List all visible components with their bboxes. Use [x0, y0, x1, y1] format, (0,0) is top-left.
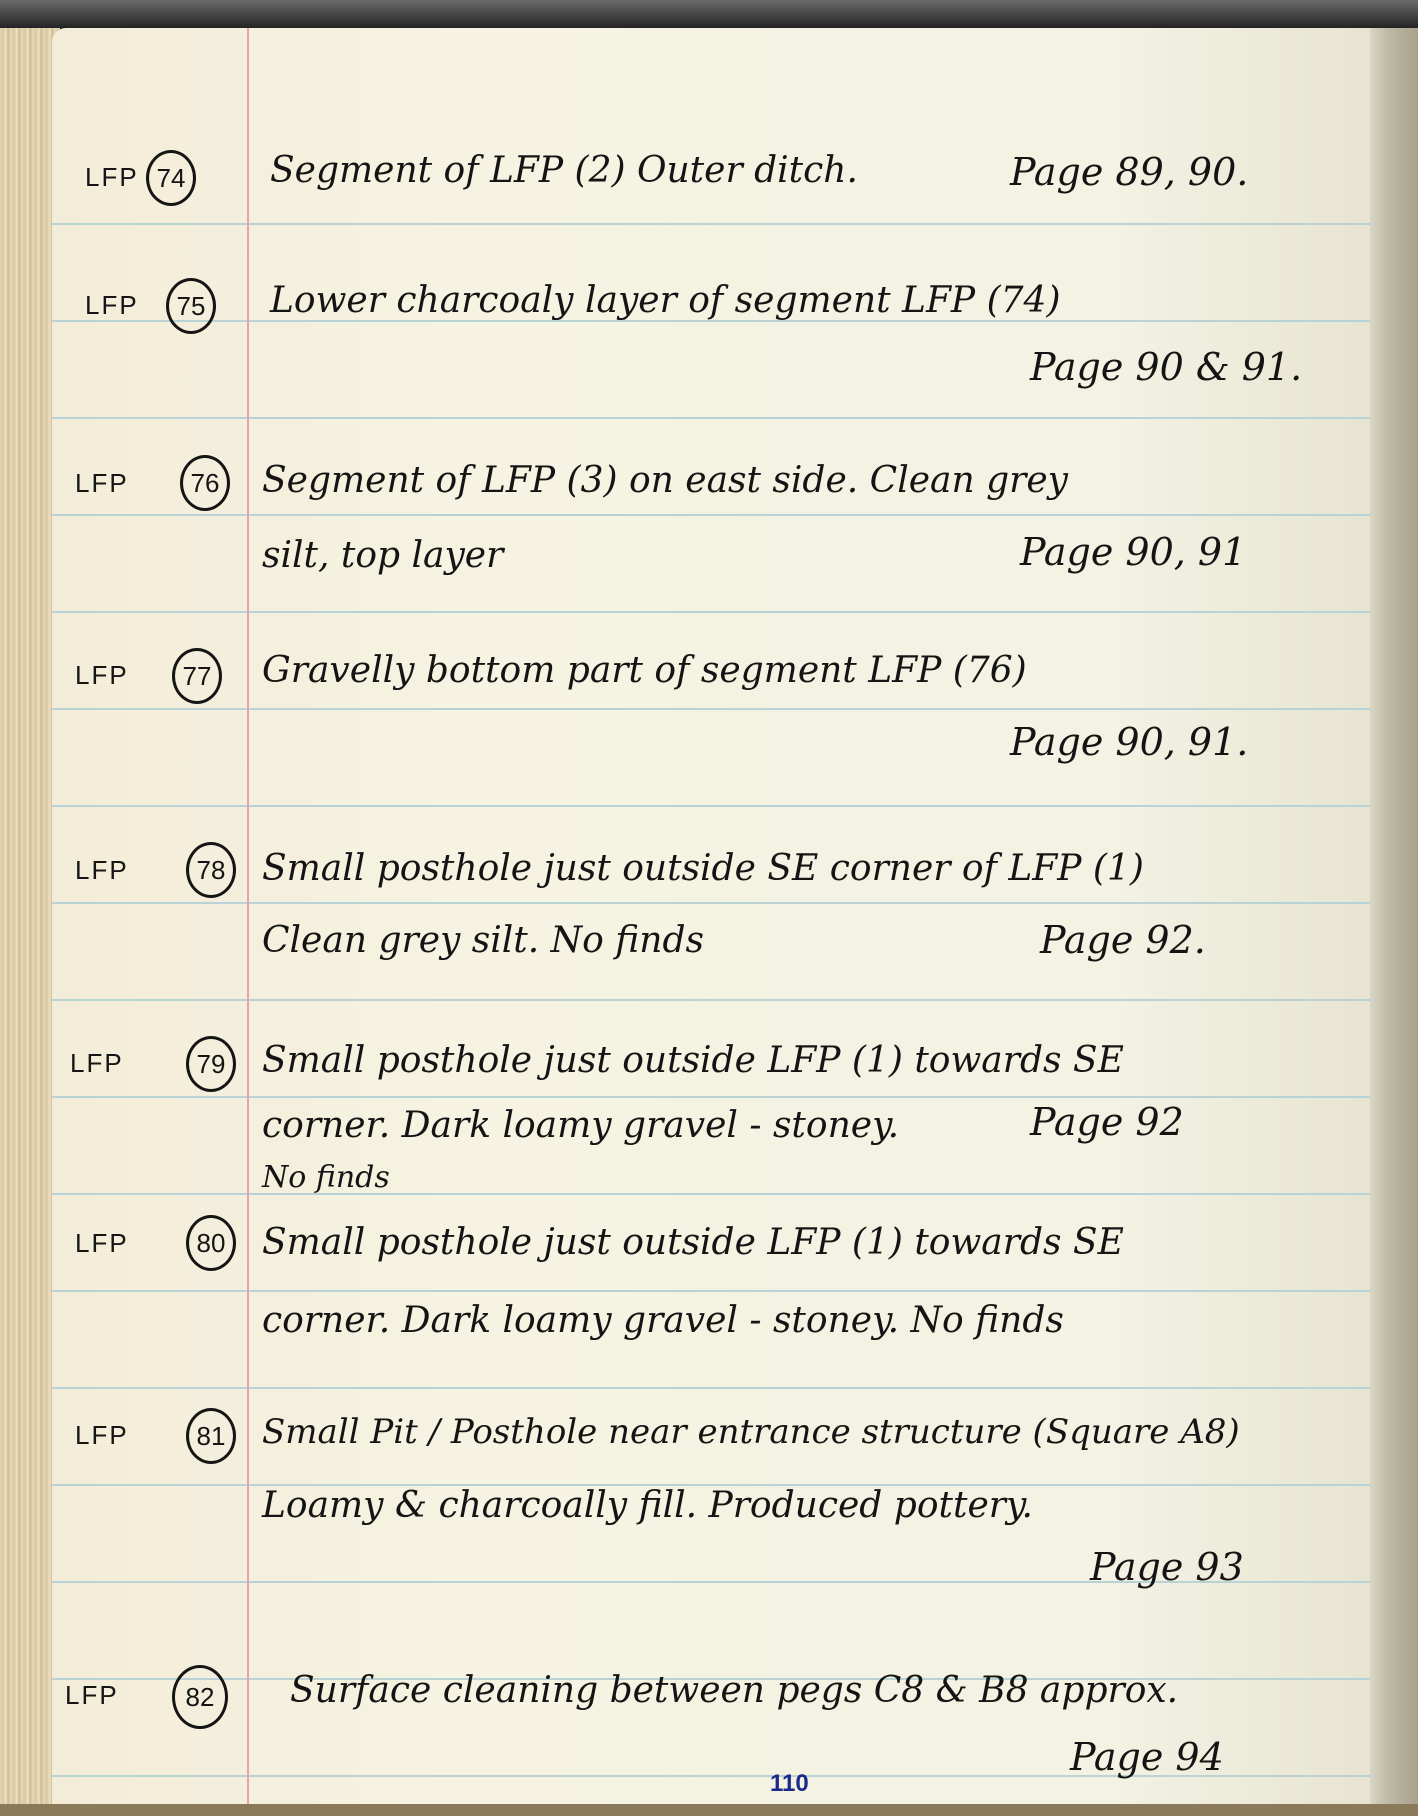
circled-entry-number: 77 — [172, 648, 222, 704]
entry-prefix: LFP — [65, 1680, 119, 1711]
entry-description-line-1: Lower charcoaly layer of segment LFP (74… — [270, 280, 1061, 321]
entry-description-line-1: Small posthole just outside SE corner of… — [262, 848, 1144, 889]
entry-description-line-2: corner. Dark loamy gravel - stoney. No f… — [262, 1300, 1064, 1341]
entry-description-line-3: No finds — [262, 1160, 390, 1195]
entry-description-line-1: Small Pit / Posthole near entrance struc… — [262, 1412, 1240, 1452]
page-reference: Page 90 & 91. — [1030, 345, 1302, 389]
circled-entry-number: 76 — [180, 455, 230, 511]
entry-description-line-1: Segment of LFP (3) on east side. Clean g… — [262, 460, 1068, 501]
entry-description-line-1: Gravelly bottom part of segment LFP (76) — [262, 650, 1027, 691]
page-reference: Page 93 — [1090, 1545, 1244, 1589]
circled-entry-number: 78 — [186, 842, 236, 898]
circled-entry-number: 79 — [186, 1036, 236, 1092]
entry-description-line-1: Small posthole just outside LFP (1) towa… — [262, 1222, 1124, 1263]
entry-prefix: LFP — [75, 660, 129, 691]
entry-prefix: LFP — [75, 468, 129, 499]
entry-prefix: LFP — [75, 1228, 129, 1259]
entry-prefix: LFP — [75, 1420, 129, 1451]
entry-prefix: LFP — [85, 162, 139, 193]
page-reference: Page 90, 91. — [1010, 720, 1248, 764]
page-stack-edges — [0, 28, 60, 1816]
page-reference: Page 90, 91 — [1020, 530, 1246, 574]
page-reference: Page 92. — [1040, 918, 1206, 962]
circled-entry-number: 75 — [166, 278, 216, 334]
entry-description-line-2: Loamy & charcoally fill. Produced potter… — [262, 1485, 1033, 1526]
entry-description-line-2: corner. Dark loamy gravel - stoney. — [262, 1105, 899, 1146]
binding-gutter-shadow — [1370, 28, 1418, 1816]
entry-prefix: LFP — [70, 1048, 124, 1079]
circled-entry-number: 81 — [186, 1408, 236, 1464]
circled-entry-number: 74 — [146, 150, 196, 206]
entry-description-line-2: Clean grey silt. No finds — [262, 920, 704, 961]
circled-entry-number: 80 — [186, 1215, 236, 1271]
entry-description-line-1: Segment of LFP (2) Outer ditch. — [270, 150, 858, 191]
scanner-top-shadow — [0, 0, 1418, 30]
page-reference: Page 92 — [1030, 1100, 1184, 1144]
page-reference: Page 89, 90. — [1010, 150, 1248, 194]
entry-prefix: LFP — [75, 855, 129, 886]
page-reference: Page 94 — [1070, 1735, 1224, 1779]
entry-description-line-1: Surface cleaning between pegs C8 & B8 ap… — [290, 1670, 1178, 1711]
red-margin-line — [247, 28, 249, 1816]
entry-description-line-2: silt, top layer — [262, 535, 503, 576]
page-bottom-edge — [0, 1804, 1418, 1816]
entry-prefix: LFP — [85, 290, 139, 321]
entry-description-line-1: Small posthole just outside LFP (1) towa… — [262, 1040, 1124, 1081]
page-number: 110 — [770, 1770, 809, 1798]
circled-entry-number: 82 — [172, 1665, 228, 1729]
